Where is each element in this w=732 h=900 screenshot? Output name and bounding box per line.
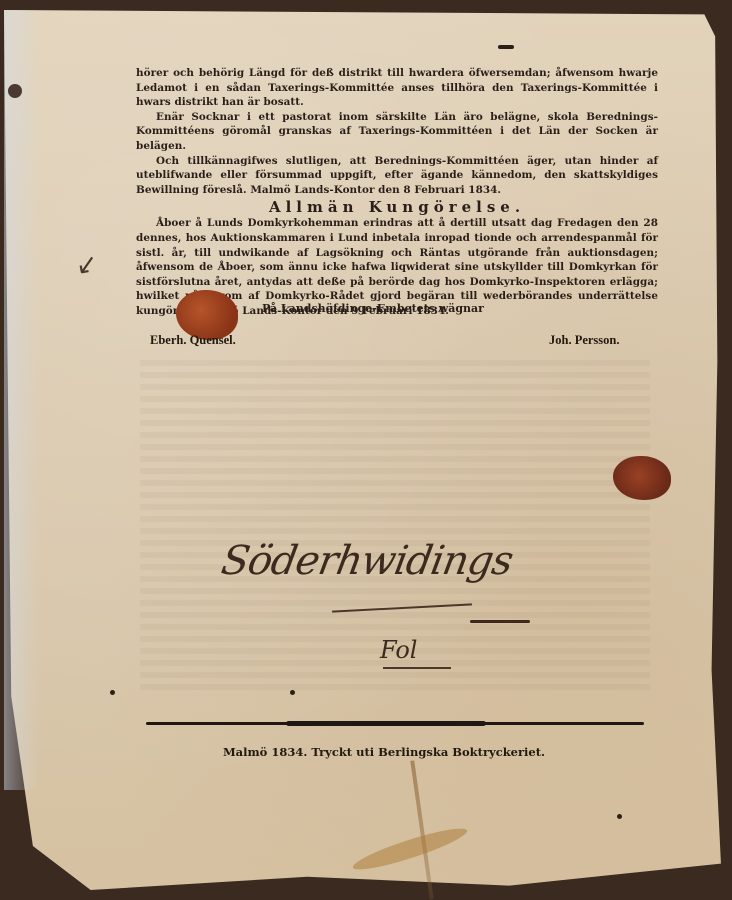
paper-fold-shadow <box>4 10 40 790</box>
horizontal-rule <box>146 722 644 725</box>
on-behalf-line: På Landshöfdinge-Embetets wägnar <box>262 302 484 315</box>
ink-dot <box>617 814 622 819</box>
printer-imprint: Malmö 1834. Tryckt uti Berlingska Boktry… <box>0 745 732 759</box>
notice-body: hörer och behörig Längd för deß distrikt… <box>136 66 658 319</box>
paragraph-1: hörer och behörig Längd för deß distrikt… <box>136 66 658 110</box>
ink-dot <box>110 690 115 695</box>
paragraph-2: Enär Socknar i ett pastorat inom särskil… <box>136 110 658 154</box>
handwritten-note: Fol <box>380 636 417 664</box>
ink-mark <box>498 45 514 49</box>
handwritten-stroke <box>470 620 530 623</box>
signatory-right: Joh. Persson. <box>549 333 620 348</box>
ink-dot <box>290 690 295 695</box>
wax-seal-icon <box>613 456 671 500</box>
signatory-left: Eberh. Quensel. <box>150 333 236 348</box>
handwritten-underline <box>383 667 451 669</box>
punch-hole <box>8 84 22 98</box>
handwritten-address: Söderhwidings <box>218 538 516 584</box>
notice-heading: Allmän Kungörelse. <box>136 198 658 216</box>
paragraph-3: Och tillkännagifwes slutligen, att Bered… <box>136 154 658 198</box>
